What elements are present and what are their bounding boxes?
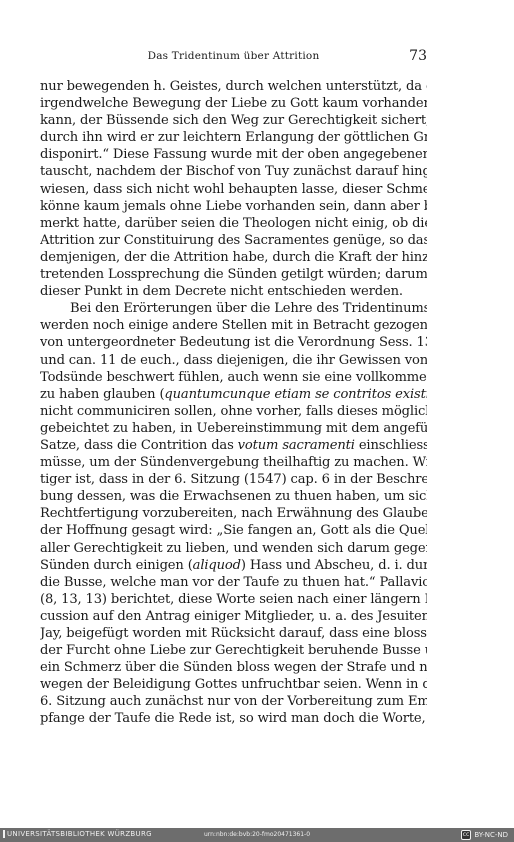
text-line: Attrition zur Constituirung des Sacramen… xyxy=(40,232,427,249)
urn-identifier: urn:nbn:de:bvb:20-fmo20471361-0 xyxy=(0,831,514,838)
text-line: cussion auf den Antrag einiger Mitgliede… xyxy=(40,608,427,625)
text-line: irgendwelche Bewegung der Liebe zu Gott … xyxy=(40,95,427,112)
text-line: tretenden Lossprechung die Sünden getilg… xyxy=(40,266,427,283)
text-line: zu haben glauben (quantumcunque etiam se… xyxy=(40,386,427,403)
page-number: 73 xyxy=(409,48,427,64)
text-line: von untergeordneter Bedeutung ist die Ve… xyxy=(40,334,427,351)
text-line: Sünden durch einigen (aliquod) Hass und … xyxy=(40,557,427,574)
text-line: könne kaum jemals ohne Liebe vorhanden s… xyxy=(40,198,427,215)
text-line: aller Gerechtigkeit zu lieben, und wende… xyxy=(40,540,427,557)
text-line: ein Schmerz über die Sünden bloss wegen … xyxy=(40,659,427,676)
text-run: einschliessen xyxy=(355,438,427,453)
text-line: tauscht, nachdem der Bischof von Tuy zun… xyxy=(40,163,427,180)
footer-bar: UNIVERSITÄTSBIBLIOTHEK WÜRZBURG urn:nbn:… xyxy=(0,828,514,842)
cc-icon: cc xyxy=(461,830,472,840)
text-line: pfange der Taufe die Rede ist, so wird m… xyxy=(40,710,427,727)
text-line: tiger ist, dass in der 6. Sitzung (1547)… xyxy=(40,471,427,488)
text-run: Satze, dass die Contrition das xyxy=(40,438,238,453)
text-line: Satze, dass die Contrition das votum sac… xyxy=(40,437,427,454)
latin-quote: quantumcunque etiam se contritos existim… xyxy=(164,387,427,402)
license-label: BY-NC-ND xyxy=(474,831,508,839)
text-line: Rechtfertigung vorzubereiten, nach Erwäh… xyxy=(40,505,427,522)
text-line: durch ihn wird er zur leichtern Erlangun… xyxy=(40,129,427,146)
text-line: wiesen, dass sich nicht wohl behaupten l… xyxy=(40,181,427,198)
text-line: die Busse, welche man vor der Taufe zu t… xyxy=(40,574,427,591)
text-line: disponirt.“ Diese Fassung wurde mit der … xyxy=(40,146,427,163)
text-line: merkt hatte, darüber seien die Theologen… xyxy=(40,215,427,232)
text-line: bung dessen, was die Erwachsenen zu thue… xyxy=(40,488,427,505)
text-line: 6. Sitzung auch zunächst nur von der Vor… xyxy=(40,693,427,710)
page-body: nur bewegenden h. Geistes, durch welchen… xyxy=(40,78,427,728)
text-line: Bei den Erörterungen über die Lehre des … xyxy=(40,300,427,317)
text-line: wegen der Beleidigung Gottes unfruchtbar… xyxy=(40,676,427,693)
text-line: der Furcht ohne Liebe zur Gerechtigkeit … xyxy=(40,642,427,659)
running-title: Das Tridentinum über Attrition xyxy=(40,50,427,62)
text-line: gebeichtet zu haben, in Uebereinstimmung… xyxy=(40,420,427,437)
text-line: Todsünde beschwert fühlen, auch wenn sie… xyxy=(40,369,427,386)
page-header: Das Tridentinum über Attrition 73 xyxy=(40,48,427,66)
text-line: Jay, beigefügt worden mit Rücksicht dara… xyxy=(40,625,427,642)
text-line: und can. 11 de euch., dass diejenigen, d… xyxy=(40,352,427,369)
text-line: nicht communiciren sollen, ohne vorher, … xyxy=(40,403,427,420)
text-line: werden noch einige andere Stellen mit in… xyxy=(40,317,427,334)
text-line: nur bewegenden h. Geistes, durch welchen… xyxy=(40,78,427,95)
text-line: dieser Punkt in dem Decrete nicht entsch… xyxy=(40,283,427,300)
license[interactable]: cc BY-NC-ND xyxy=(461,830,508,840)
text-line: müsse, um der Sündenvergebung theilhafti… xyxy=(40,454,427,471)
text-line: der Hoffnung gesagt wird: „Sie fangen an… xyxy=(40,522,427,539)
text-line: (8, 13, 13) berichtet, diese Worte seien… xyxy=(40,591,427,608)
text-run: ) Hass und Abscheu, d. i. durch xyxy=(241,558,427,573)
text-run: zu haben glauben ( xyxy=(40,387,164,402)
latin-quote: votum sacramenti xyxy=(238,438,355,453)
text-line: kann, der Büssende sich den Weg zur Gere… xyxy=(40,112,427,129)
latin-quote: aliquod xyxy=(193,558,241,573)
text-line: demjenigen, der die Attrition habe, durc… xyxy=(40,249,427,266)
text-run: Sünden durch einigen ( xyxy=(40,558,193,573)
